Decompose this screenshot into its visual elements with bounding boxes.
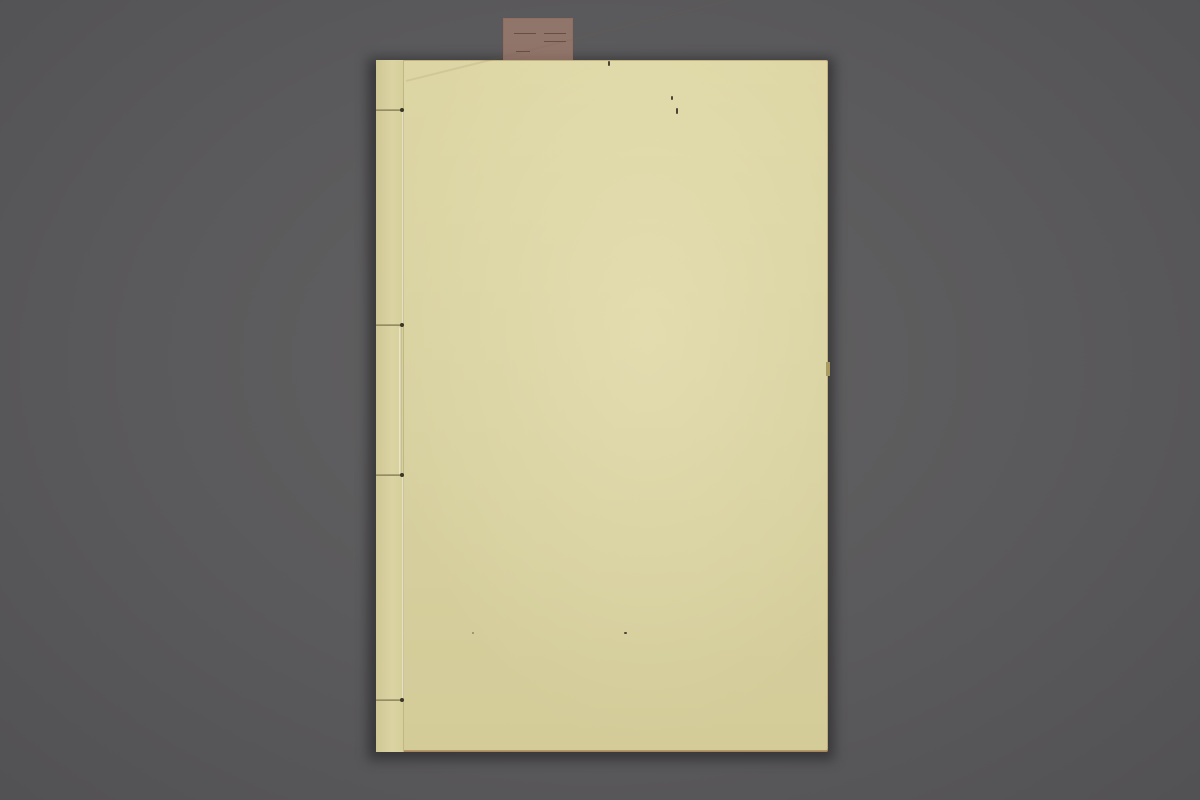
binding-stitch bbox=[376, 109, 403, 111]
cover-speck bbox=[676, 108, 678, 114]
cover-speck bbox=[671, 96, 673, 100]
cover-crease bbox=[406, 0, 756, 82]
binding-stitch bbox=[376, 699, 403, 701]
binding-thread bbox=[402, 110, 404, 325]
binding-thread bbox=[402, 477, 404, 700]
stitch-hole bbox=[400, 323, 404, 327]
cover-speck bbox=[472, 632, 474, 634]
tag-mark bbox=[514, 33, 536, 34]
book-cover bbox=[376, 60, 828, 752]
tag-mark bbox=[544, 33, 566, 34]
binding-stitch bbox=[376, 324, 403, 326]
stitch-hole bbox=[400, 698, 404, 702]
stitch-hole bbox=[400, 108, 404, 112]
stitch-hole bbox=[400, 473, 404, 477]
cover-speck bbox=[624, 632, 627, 634]
binding-stitch bbox=[376, 474, 403, 476]
cover-speck bbox=[608, 61, 610, 66]
binding-thread bbox=[399, 327, 402, 475]
page-edge-tab bbox=[826, 362, 830, 376]
